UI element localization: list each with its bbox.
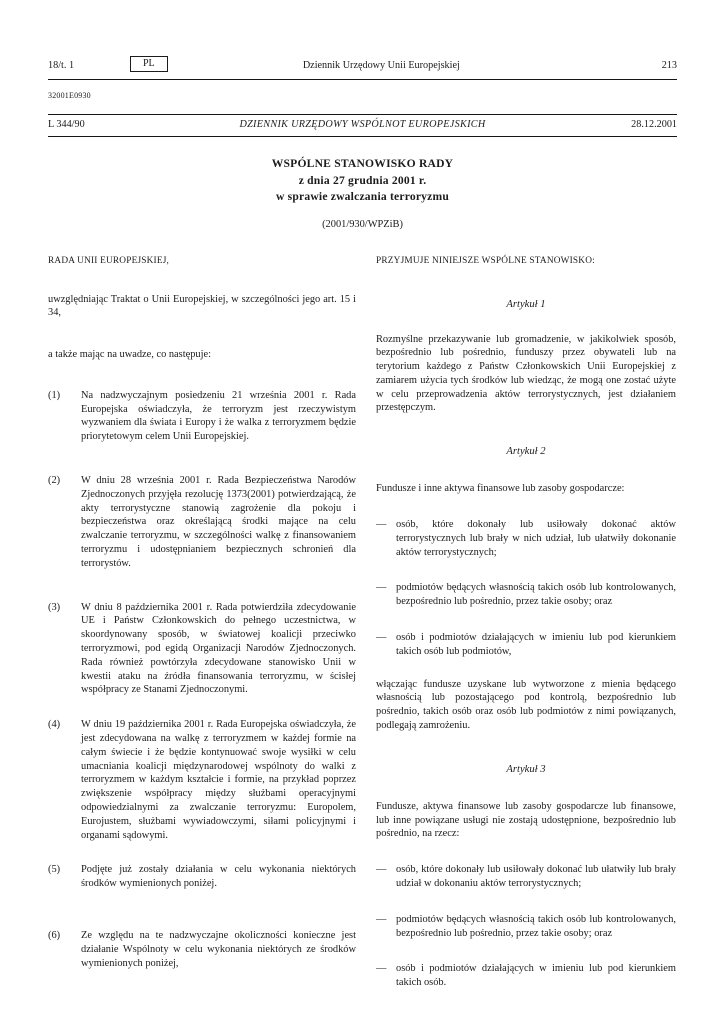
article-2-indent-2: podmiotów będących własnością takich osó… (376, 581, 676, 609)
recital-number: (4) (48, 718, 81, 842)
recital-text: Ze względu na te nadzwyczajne okolicznoś… (81, 929, 356, 970)
article-3-indent-2: podmiotów będących własnością takich osó… (376, 913, 676, 941)
recital-number: (2) (48, 474, 81, 571)
enacting-formula: PRZYJMUJE NINIEJSZE WSPÓLNE STANOWISKO: (376, 255, 676, 267)
article-3-intro: Fundusze, aktywa finansowe lub zasoby go… (376, 800, 676, 841)
act-title-line3: w sprawie zwalczania terroryzmu (48, 189, 677, 206)
recital-4: (4) W dniu 19 października 2001 r. Rada … (48, 718, 356, 842)
recital-text: Podjęte już zostały działania w celu wyk… (81, 863, 356, 891)
act-title-line1: WSPÓLNE STANOWISKO RADY (48, 156, 677, 173)
article-1-heading: Artykuł 1 (376, 298, 676, 311)
recital-5: (5) Podjęte już zostały działania w celu… (48, 863, 356, 891)
running-head-top: 18/t. 1 PL Dziennik Urzędowy Unii Europe… (48, 0, 677, 72)
header-rule-below (48, 136, 677, 137)
running-head-oj: L 344/90 DZIENNIK URZĘDOWY WSPÓLNOT EURO… (48, 115, 677, 136)
act-title-line2: z dnia 27 grudnia 2001 r. (48, 173, 677, 190)
document-page: 18/t. 1 PL Dziennik Urzędowy Unii Europe… (0, 0, 725, 1024)
recital-number: (3) (48, 601, 81, 698)
recital-2: (2) W dniu 28 września 2001 r. Rada Bezp… (48, 474, 356, 571)
document-body: RADA UNII EUROPEJSKIEJ, uwzględniając Tr… (48, 255, 677, 991)
recital-1: (1) Na nadzwyczajnym posiedzeniu 21 wrze… (48, 389, 356, 444)
recital-number: (1) (48, 389, 81, 444)
article-2-heading: Artykuł 2 (376, 445, 676, 458)
language-code-box: PL (130, 56, 168, 72)
article-3-heading: Artykuł 3 (376, 763, 676, 776)
oj-journal-title: DZIENNIK URZĘDOWY WSPÓLNOT EUROPEJSKICH (168, 119, 557, 131)
celex-number: 32001E0930 (48, 91, 677, 100)
recital-text: W dniu 19 października 2001 r. Rada Euro… (81, 718, 356, 842)
oj-date: 28.12.2001 (557, 119, 677, 131)
volume-label: 18/t. 1 (48, 60, 130, 72)
recital-3: (3) W dniu 8 października 2001 r. Rada p… (48, 601, 356, 698)
citation-treaty: uwzględniając Traktat o Unii Europejskie… (48, 293, 356, 321)
article-2-intro: Fundusze i inne aktywa finansowe lub zas… (376, 482, 676, 496)
page-number: 213 (595, 60, 677, 72)
journal-title: Dziennik Urzędowy Unii Europejskiej (168, 60, 595, 72)
article-2-indent-3: osób i podmiotów działających w imieniu … (376, 631, 676, 659)
act-reference-number: (2001/930/WPZiB) (48, 219, 677, 230)
recital-number: (5) (48, 863, 81, 891)
article-3-indent-3: osób i podmiotów działających w imieniu … (376, 962, 676, 990)
recital-number: (6) (48, 929, 81, 970)
header-rule-top (48, 79, 677, 80)
recital-text: W dniu 28 września 2001 r. Rada Bezpiecz… (81, 474, 356, 571)
act-title: WSPÓLNE STANOWISKO RADY z dnia 27 grudni… (48, 156, 677, 206)
recital-6: (6) Ze względu na te nadzwyczajne okolic… (48, 929, 356, 970)
article-2-indent-1: osób, które dokonały lub usiłowały dokon… (376, 518, 676, 559)
left-column: RADA UNII EUROPEJSKIEJ, uwzględniając Tr… (48, 255, 356, 991)
recital-text: W dniu 8 października 2001 r. Rada potwi… (81, 601, 356, 698)
oj-issue-number: L 344/90 (48, 119, 168, 131)
right-column: PRZYJMUJE NINIEJSZE WSPÓLNE STANOWISKO: … (376, 255, 676, 991)
opening-formula: RADA UNII EUROPEJSKIEJ, (48, 255, 356, 267)
citation-whereas: a także mając na uwadze, co następuje: (48, 348, 356, 362)
column-gutter (356, 255, 376, 991)
recital-text: Na nadzwyczajnym posiedzeniu 21 września… (81, 389, 356, 444)
article-1-body: Rozmyślne przekazywanie lub gromadzenie,… (376, 333, 676, 416)
article-3-indent-1: osób, które dokonały lub usiłowały dokon… (376, 863, 676, 891)
article-2-outro: włączając fundusze uzyskane lub wytworzo… (376, 678, 676, 733)
